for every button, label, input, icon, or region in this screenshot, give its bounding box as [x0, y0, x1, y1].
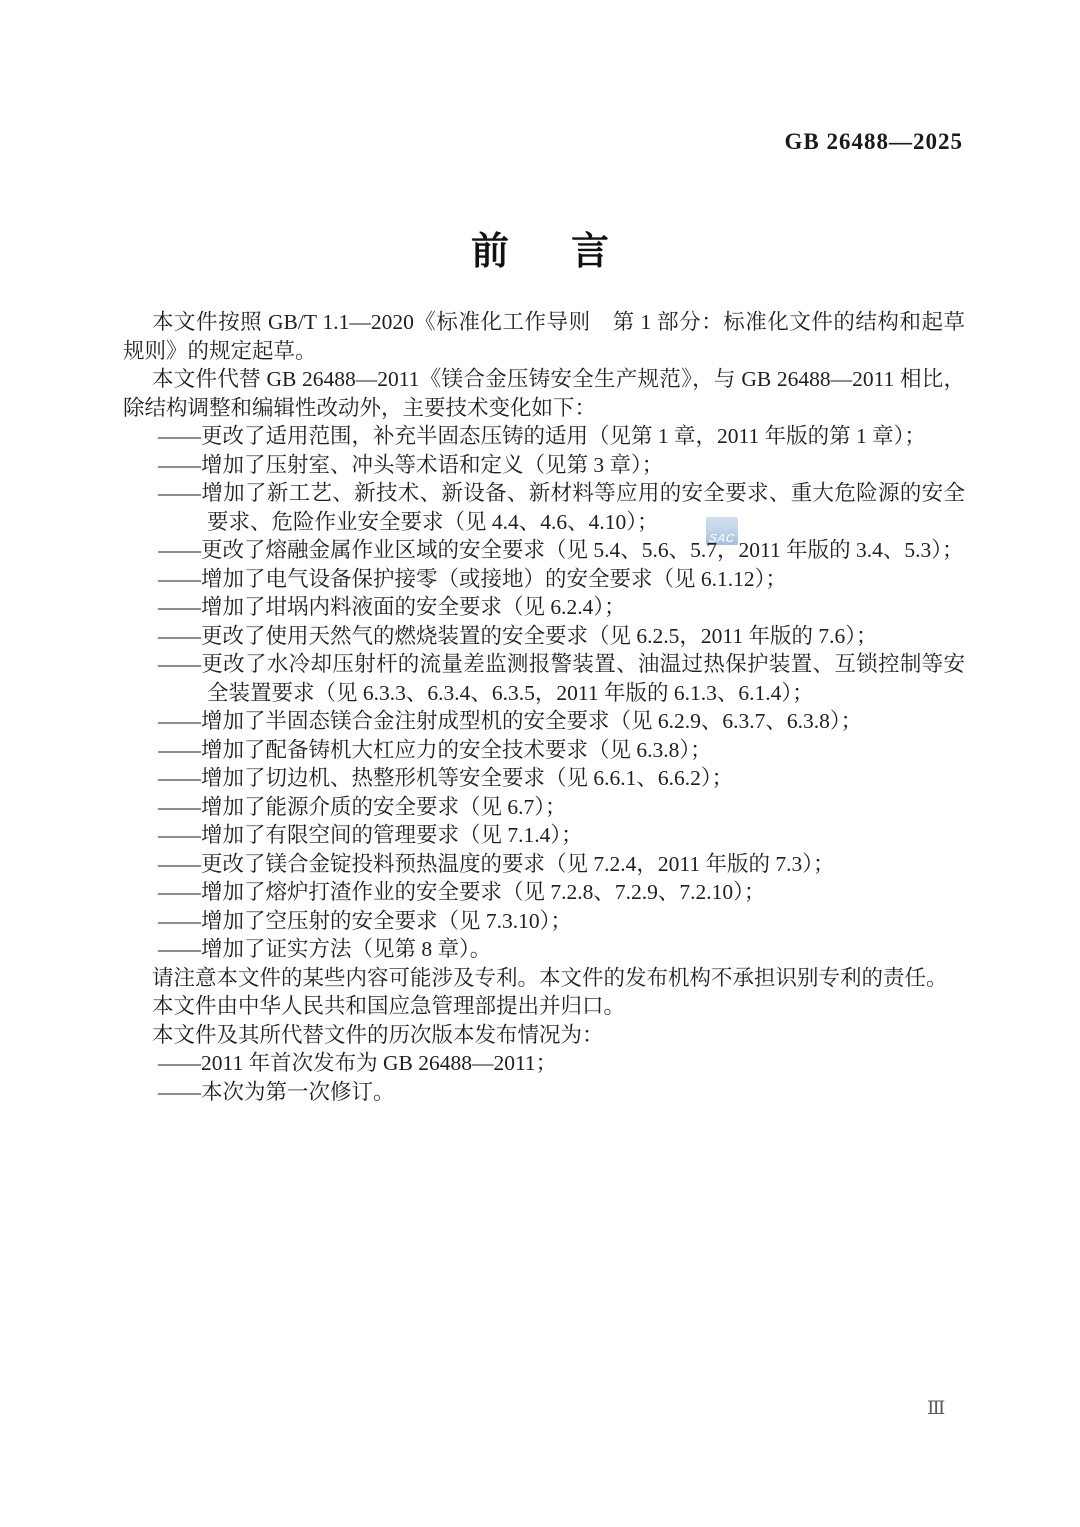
intro-paragraph: 本文件按照 GB/T 1.1—2020《标准化工作导则 第 1 部分：标准化文件… — [123, 308, 965, 365]
change-list-item: ——增加了半固态镁合金注射成型机的安全要求（见 6.2.9、6.3.7、6.3.… — [123, 707, 965, 736]
change-list-item: ——增加了证实方法（见第 8 章）。 — [123, 935, 965, 964]
change-list-item: ——增加了压射室、冲头等术语和定义（见第 3 章）； — [123, 451, 965, 480]
foreword-body: 本文件按照 GB/T 1.1—2020《标准化工作导则 第 1 部分：标准化文件… — [123, 308, 965, 1106]
change-list-item: ——更改了适用范围，补充半固态压铸的适用（见第 1 章，2011 年版的第 1 … — [123, 422, 965, 451]
change-list-item: ——增加了新工艺、新技术、新设备、新材料等应用的安全要求、重大危险源的安全要求、… — [123, 479, 965, 536]
change-list-item: ——更改了熔融金属作业区域的安全要求（见 5.4、5.6、5.7，2011 年版… — [123, 536, 965, 565]
closing-paragraph: 本文件及其所代替文件的历次版本发布情况为： — [123, 1021, 965, 1050]
change-list-item: ——增加了熔炉打渣作业的安全要求（见 7.2.8、7.2.9、7.2.10）； — [123, 878, 965, 907]
change-list-item: ——增加了配备铸机大杠应力的安全技术要求（见 6.3.8）； — [123, 736, 965, 765]
closing-paragraphs: 请注意本文件的某些内容可能涉及专利。本文件的发布机构不承担识别专利的责任。本文件… — [123, 964, 965, 1050]
change-list-item: ——增加了坩埚内料液面的安全要求（见 6.2.4）； — [123, 593, 965, 622]
change-list-item: ——增加了能源介质的安全要求（见 6.7）； — [123, 793, 965, 822]
standard-number: GB 26488—2025 — [785, 129, 963, 155]
change-list-item: ——增加了空压射的安全要求（见 7.3.10）； — [123, 907, 965, 936]
document-page: GB 26488—2025 前 言 SAC 本文件按照 GB/T 1.1—202… — [0, 0, 1080, 1527]
change-list-item: ——增加了切边机、热整形机等安全要求（见 6.6.1、6.6.2）； — [123, 764, 965, 793]
change-list-item: ——更改了使用天然气的燃烧装置的安全要求（见 6.2.5，2011 年版的 7.… — [123, 622, 965, 651]
history-list-item: ——本次为第一次修订。 — [123, 1078, 965, 1107]
change-list-item: ——增加了电气设备保护接零（或接地）的安全要求（见 6.1.12）； — [123, 565, 965, 594]
change-list-item: ——更改了水冷却压射杆的流量差监测报警装置、油温过热保护装置、互锁控制等安全装置… — [123, 650, 965, 707]
change-list-item: ——更改了镁合金锭投料预热温度的要求（见 7.2.4，2011 年版的 7.3）… — [123, 850, 965, 879]
intro-paragraphs: 本文件按照 GB/T 1.1—2020《标准化工作导则 第 1 部分：标准化文件… — [123, 308, 965, 422]
foreword-title: 前 言 — [0, 220, 1080, 275]
history-list: ——2011 年首次发布为 GB 26488—2011；——本次为第一次修订。 — [123, 1049, 965, 1106]
closing-paragraph: 本文件由中华人民共和国应急管理部提出并归口。 — [123, 992, 965, 1021]
change-list-item: ——增加了有限空间的管理要求（见 7.1.4）； — [123, 821, 965, 850]
page-number: Ⅲ — [927, 1397, 945, 1420]
intro-paragraph: 本文件代替 GB 26488—2011《镁合金压铸安全生产规范》，与 GB 26… — [123, 365, 965, 422]
change-list: ——更改了适用范围，补充半固态压铸的适用（见第 1 章，2011 年版的第 1 … — [123, 422, 965, 964]
history-list-item: ——2011 年首次发布为 GB 26488—2011； — [123, 1049, 965, 1078]
closing-paragraph: 请注意本文件的某些内容可能涉及专利。本文件的发布机构不承担识别专利的责任。 — [123, 964, 965, 993]
